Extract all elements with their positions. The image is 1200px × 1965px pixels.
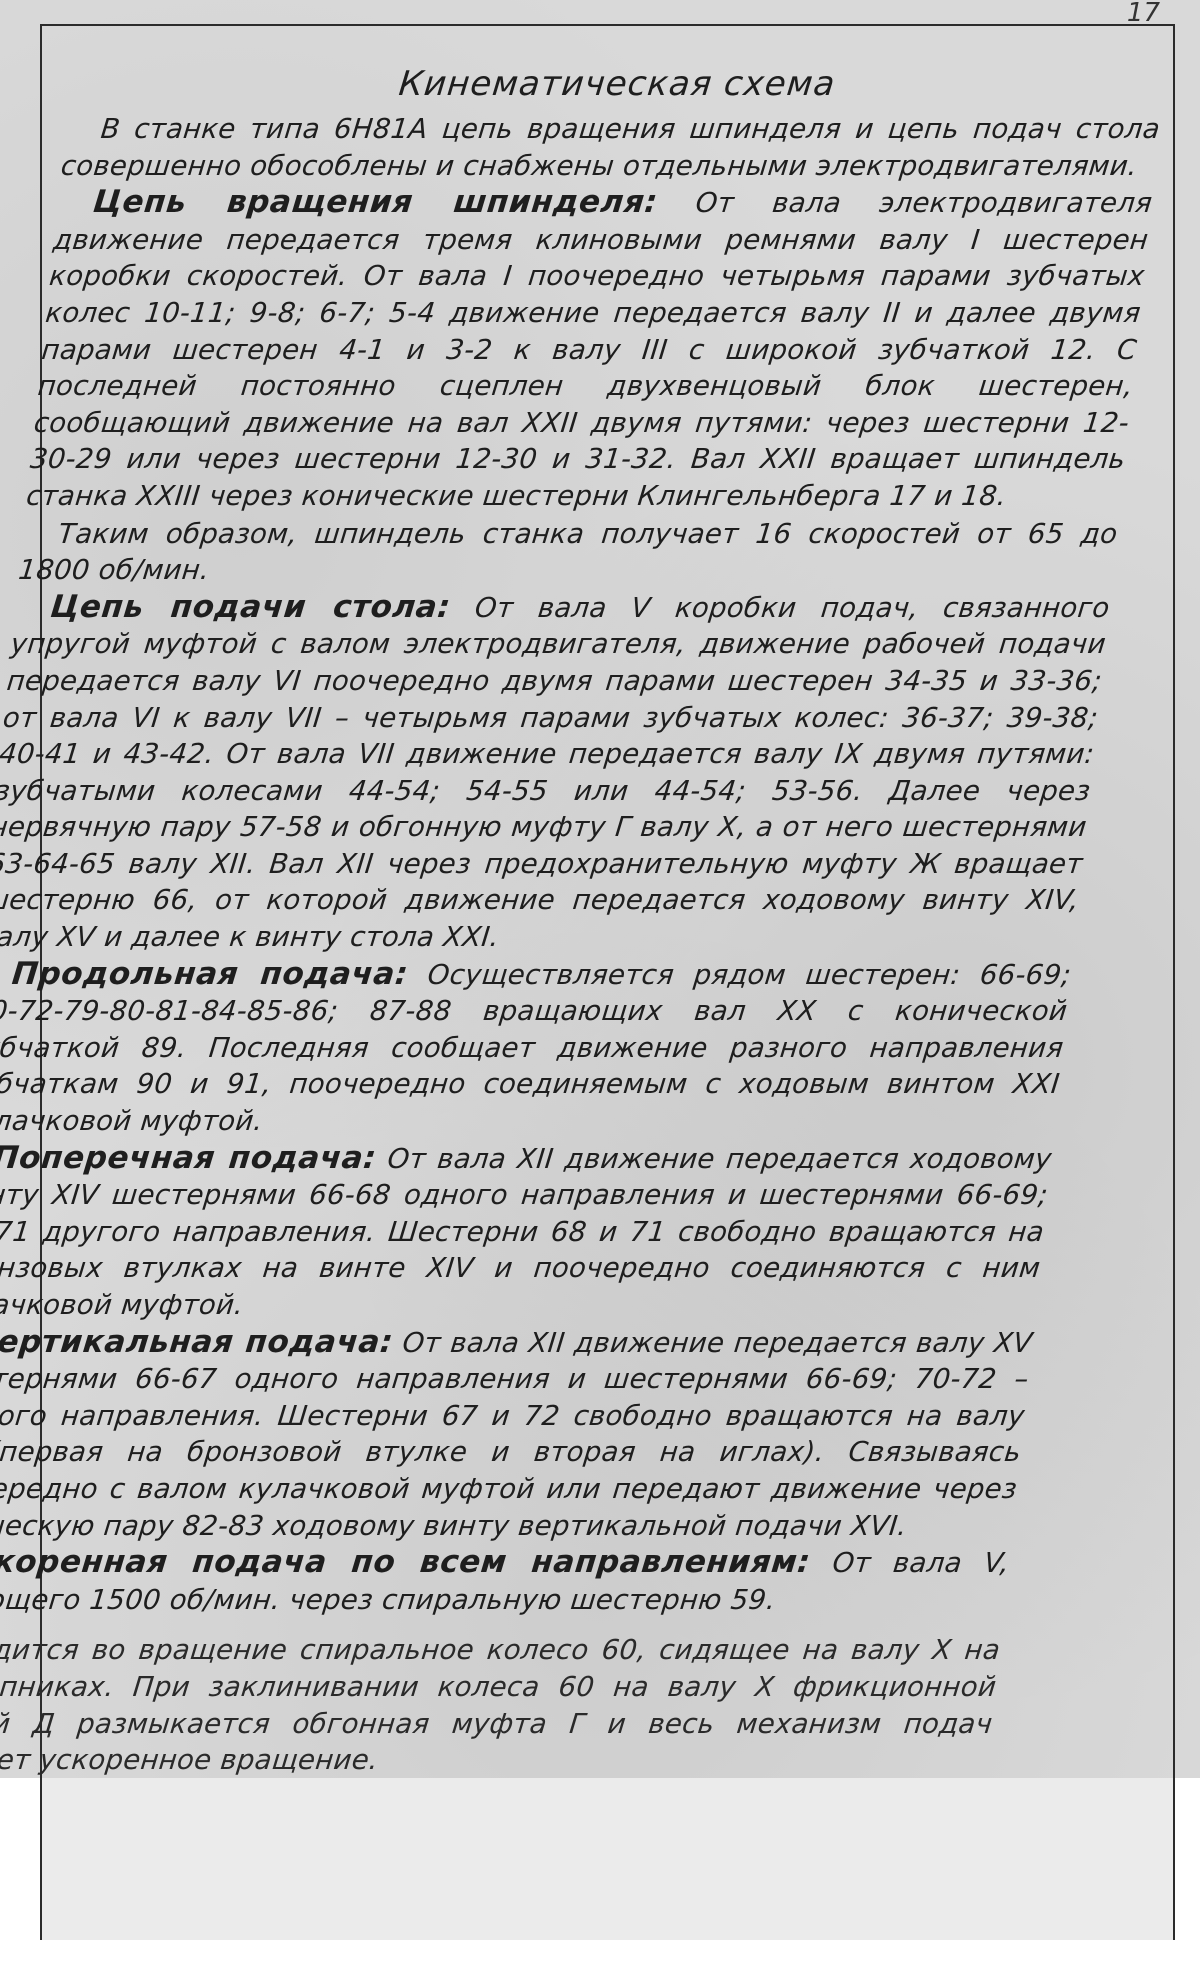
paragraph-heading: Поперечная подача: <box>0 1140 378 1176</box>
paragraph-rapid-feed: Ускоренная подача по всем направлениям: … <box>0 1544 1011 1618</box>
paragraph-text: От вала V коробки подач, связанного упру… <box>0 592 1111 953</box>
paragraph-spindle-speeds: Таким образом, шпиндель станка получает … <box>17 515 1120 589</box>
paragraph-vertical-feed: Вертикальная подача: От вала XII движени… <box>0 1324 1034 1545</box>
paragraph-spindle-chain: Цепь вращения шпинделя: От вала электрод… <box>24 184 1154 514</box>
document-body: Кинематическая схема В станке типа 6Н81А… <box>0 62 1167 1779</box>
paragraph-text: В станке типа 6Н81А цепь вращения шпинде… <box>59 113 1161 182</box>
paragraph-cross-feed: Поперечная подача: От вала XII движение … <box>0 1140 1054 1324</box>
paragraph-intro: В станке типа 6Н81А цепь вращения шпинде… <box>59 110 1162 184</box>
paragraph-text: Таким образом, шпиндель станка получает … <box>17 518 1119 587</box>
paragraph-heading: Вертикальная подача: <box>0 1324 395 1360</box>
paragraph-heading: Цепь подачи стола: <box>49 589 453 625</box>
paragraph-longitudinal-feed: Продольная подача: Осуществляется рядом … <box>0 956 1073 1140</box>
paragraph-text: От вала электродвигателя движение переда… <box>25 187 1154 512</box>
paragraph-rapid-feed-continuation: приводится во вращение спиральное колесо… <box>0 1632 1002 1778</box>
page-title: Кинематическая схема <box>67 62 1167 106</box>
paragraph-table-feed-chain: Цепь подачи стола: От вала V коробки под… <box>0 589 1112 956</box>
paragraph-heading: Продольная подача: <box>10 956 410 992</box>
paragraph-heading: Цепь вращения шпинделя: <box>91 184 659 220</box>
paragraph-heading: Ускоренная подача по всем направлениям: <box>0 1544 812 1580</box>
